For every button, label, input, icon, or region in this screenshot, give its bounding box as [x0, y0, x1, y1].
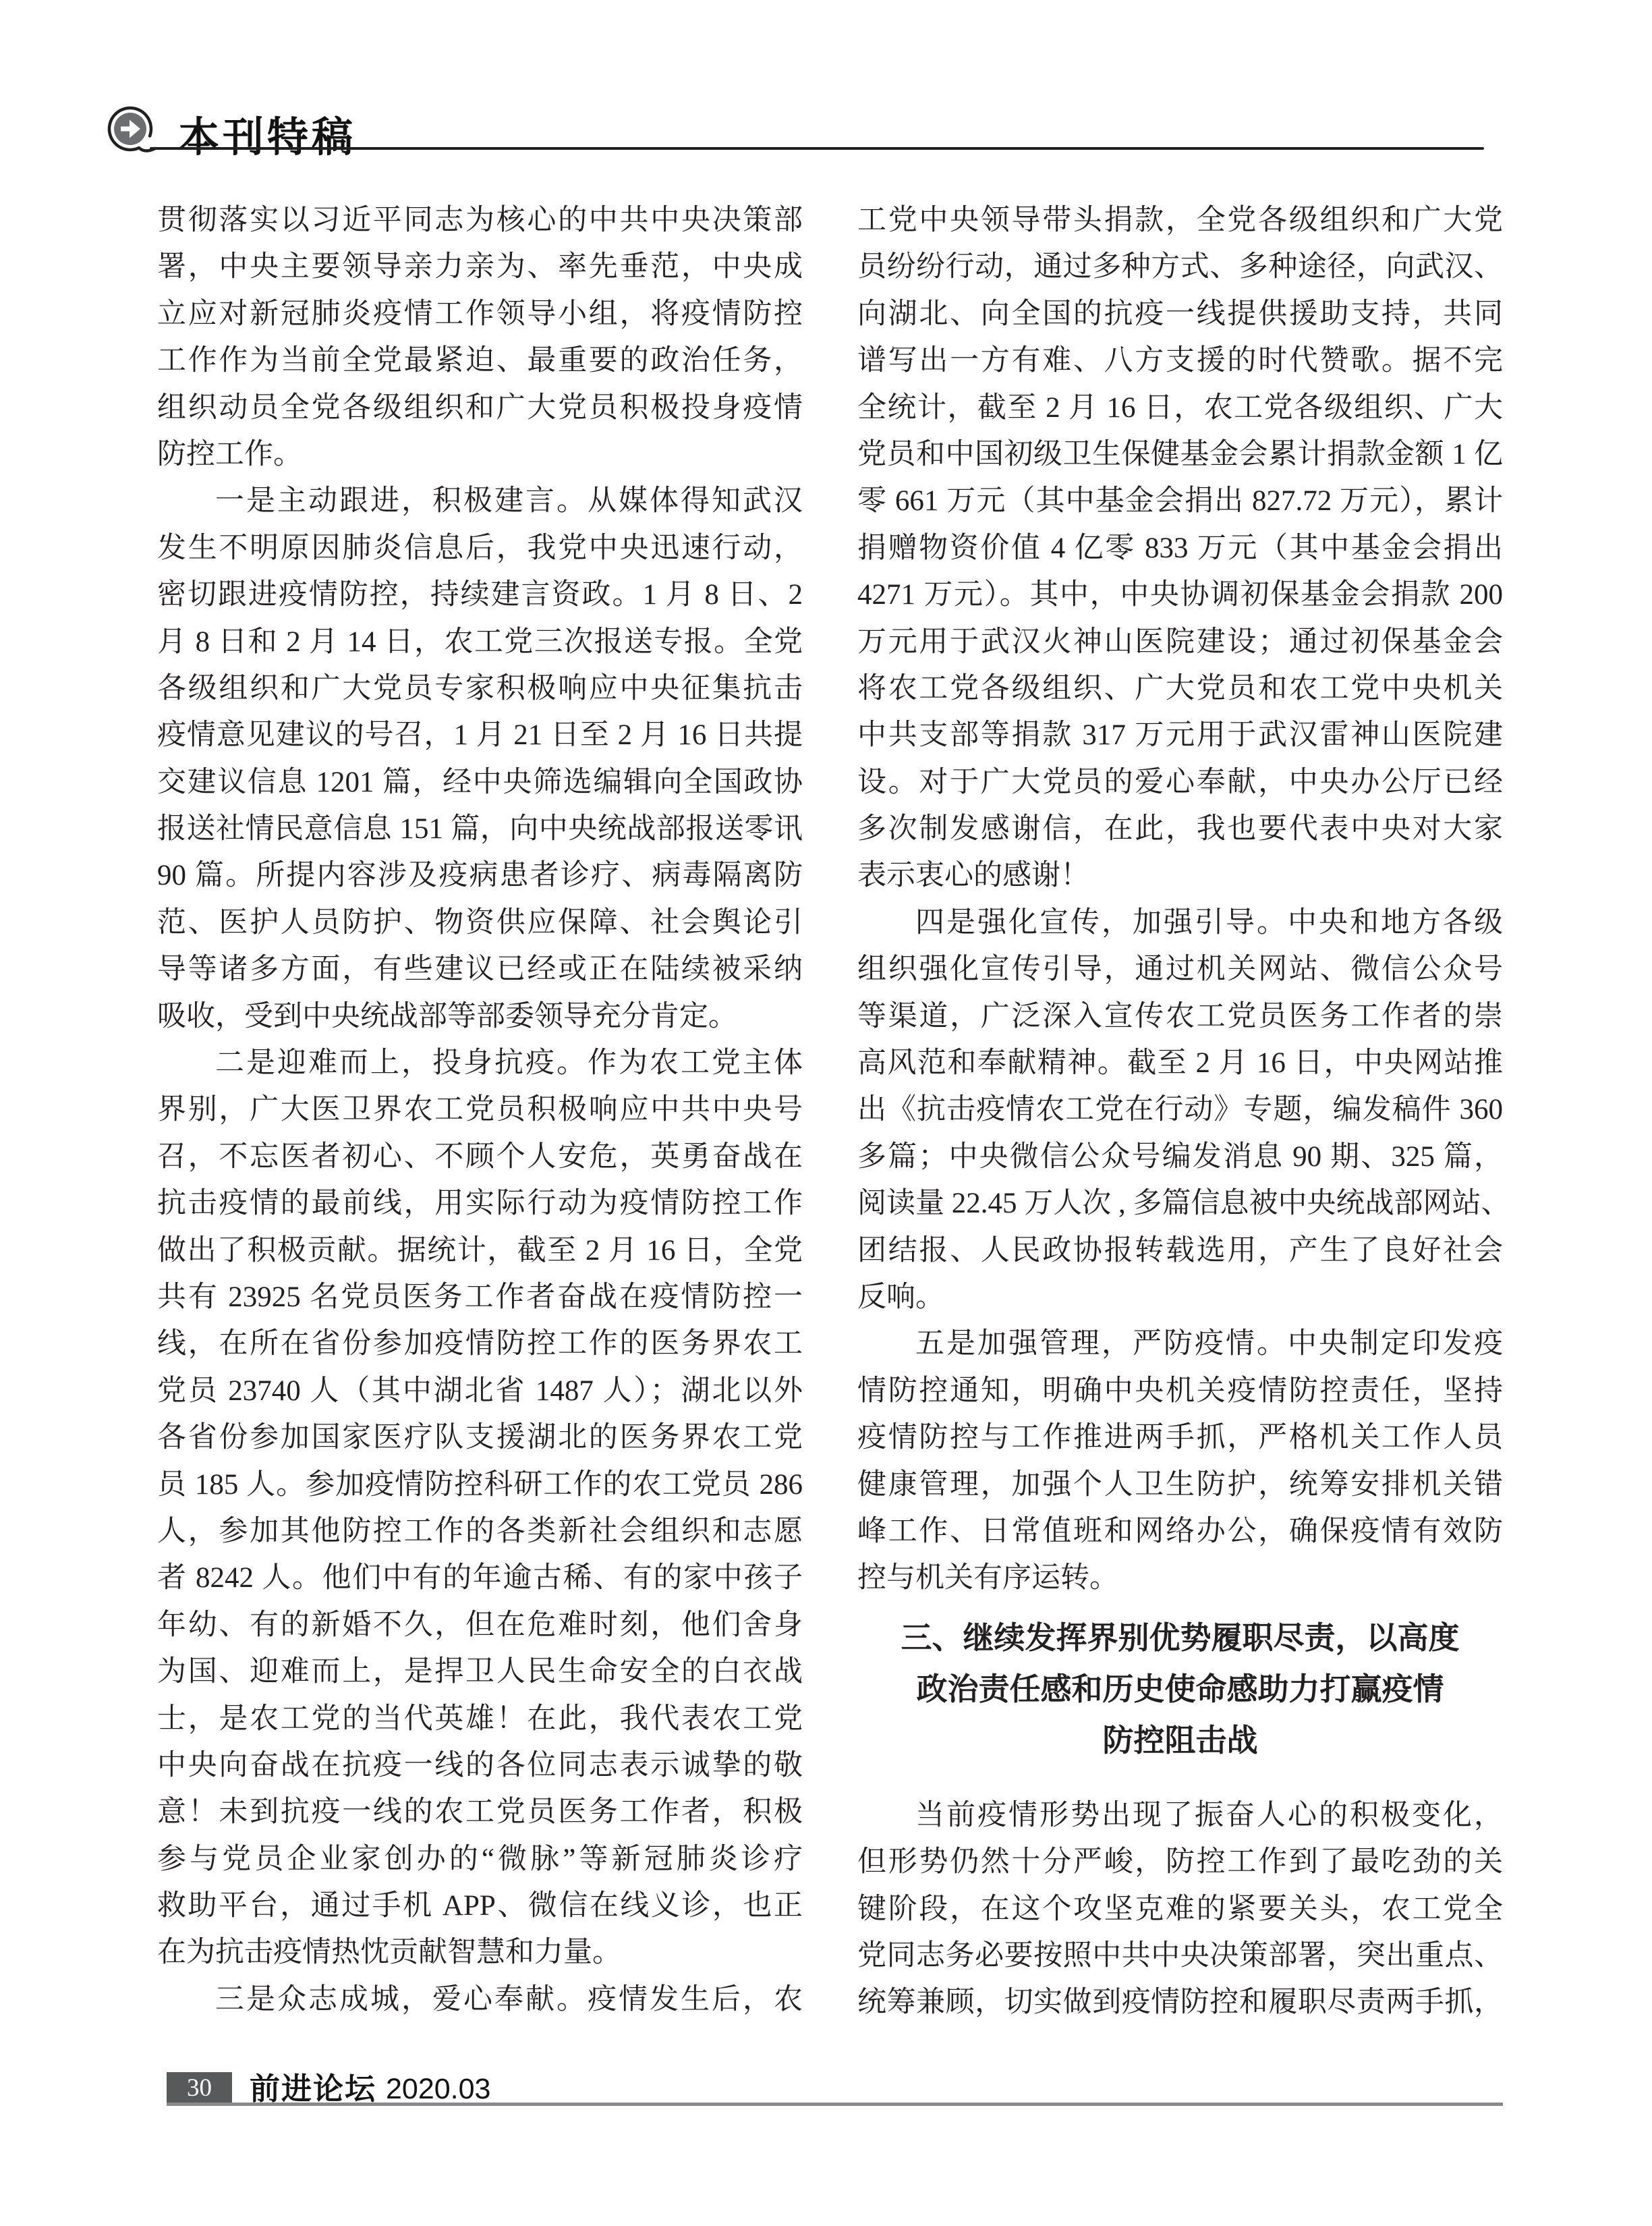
text-line: 范、医护人员防护、物资供应保障、社会舆论引 [157, 899, 803, 946]
text-line: 线，在所在省份参加疫情防控工作的医务界农工 [157, 1320, 803, 1367]
text-line: 贯彻落实以习近平同志为核心的中共中央决策部 [157, 197, 803, 244]
text-line: 全统计，截至 2 月 16 日，农工党各级组织、广大 [857, 385, 1503, 431]
text-line: 90 篇。所提内容涉及疫病患者诊疗、病毒隔离防 [157, 852, 803, 899]
text-line: 党员和中国初级卫生保健基金会累计捐款金额 1 亿 [857, 431, 1503, 478]
text-line: 三是众志成城，爱心奉献。疫情发生后，农 [157, 1976, 803, 2023]
text-line: 出《抗击疫情农工党在行动》专题，编发稿件 360 [857, 1086, 1503, 1133]
text-line: 做出了积极贡献。据统计，截至 2 月 16 日，全党 [157, 1227, 803, 1274]
page-number: 30 [187, 2074, 212, 2103]
text-line: 交建议信息 1201 篇，经中央筛选编辑向全国政协 [157, 759, 803, 806]
text-line: 高风范和奉献精神。截至 2 月 16 日，中央网站推 [857, 1040, 1503, 1086]
section-heading-line: 三、继续发挥界别优势履职尽责，以高度 [857, 1613, 1503, 1664]
text-line: 各级组织和广大党员专家积极响应中央征集抗击 [157, 665, 803, 712]
text-line: 控与机关有序运转。 [857, 1555, 1503, 1601]
text-line: 一是主动跟进，积极建言。从媒体得知武汉 [157, 478, 803, 524]
text-line: 当前疫情形势出现了振奋人心的积极变化， [857, 1792, 1503, 1839]
text-line: 阅读量 22.45 万人次 , 多篇信息被中央统战部网站、 [857, 1180, 1503, 1227]
text-line: 人，参加其他防控工作的各类新社会组织和志愿 [157, 1508, 803, 1555]
text-line: 发生不明原因肺炎信息后，我党中央迅速行动， [157, 525, 803, 572]
text-line: 二是迎难而上，投身抗疫。作为农工党主体 [157, 1040, 803, 1086]
text-line: 五是加强管理，严防疫情。中央制定印发疫 [857, 1320, 1503, 1367]
text-line: 防控工作。 [157, 431, 803, 478]
text-line: 表示衷心的感谢！ [857, 852, 1503, 899]
journal-name: 前进论坛 [250, 2072, 376, 2104]
text-line: 向湖北、向全国的抗疫一线提供援助支持，共同 [857, 291, 1503, 337]
section-heading-line: 防控阻击战 [857, 1715, 1503, 1766]
text-line: 员 185 人。参加疫情防控科研工作的农工党员 286 [157, 1462, 803, 1508]
text-line: 参与党员企业家创办的“微脉”等新冠肺炎诊疗 [157, 1836, 803, 1883]
text-line: 在为抗击疫情热忱贡献智慧和力量。 [157, 1929, 803, 1976]
text-line: 共有 23925 名党员医务工作者奋战在疫情防控一 [157, 1274, 803, 1320]
text-line: 吸收，受到中央统战部等部委领导充分肯定。 [157, 993, 803, 1040]
text-line: 工党中央领导带头捐款，全党各级组织和广大党 [857, 197, 1503, 244]
section-heading-line: 政治责任感和历史使命感助力打赢疫情 [857, 1664, 1503, 1715]
section-label: 本刊特稿 [178, 105, 356, 163]
text-line: 组织动员全党各级组织和广大党员积极投身疫情 [157, 385, 803, 431]
text-line: 密切跟进疫情防控，持续建言资政。1 月 8 日、2 [157, 572, 803, 618]
text-line: 党同志务必要按照中共中央决策部署，突出重点、 [857, 1932, 1503, 1979]
right-column-bottom: 当前疫情形势出现了振奋人心的积极变化，但形势仍然十分严峻，防控工作到了最吃劲的关… [857, 1792, 1503, 2026]
text-line: 情防控通知，明确中央机关疫情防控责任，坚持 [857, 1368, 1503, 1414]
text-line: 健康管理，加强个人卫生防护，统筹安排机关错 [857, 1462, 1503, 1508]
text-line: 士，是农工党的当代英雄！在此，我代表农工党 [157, 1696, 803, 1742]
text-line: 疫情意见建议的号召，1 月 21 日至 2 月 16 日共提 [157, 712, 803, 758]
text-line: 为国、迎难而上，是捍卫人民生命安全的白衣战 [157, 1648, 803, 1695]
text-line: 中央向奋战在抗疫一线的各位同志表示诚挚的敬 [157, 1742, 803, 1789]
text-line: 多篇；中央微信公众号编发消息 90 期、325 篇， [857, 1134, 1503, 1180]
text-line: 设。对于广大党员的爱心奉献，中央办公厅已经 [857, 759, 1503, 806]
text-line: 捐赠物资价值 4 亿零 833 万元（其中基金会捐出 [857, 525, 1503, 572]
text-line: 中共支部等捐款 317 万元用于武汉雷神山医院建 [857, 712, 1503, 758]
text-line: 峰工作、日常值班和网络办公，确保疫情有效防 [857, 1508, 1503, 1555]
left-column: 贯彻落实以习近平同志为核心的中共中央决策部署，中央主要领导亲力亲为、率先垂范，中… [157, 197, 803, 2023]
magazine-page: 本刊特稿 贯彻落实以习近平同志为核心的中共中央决策部署，中央主要领导亲力亲为、率… [0, 0, 1652, 2226]
text-line: 导等诸多方面，有些建议已经或正在陆续被采纳 [157, 946, 803, 993]
text-line: 报送社情民意信息 151 篇，向中央统战部报送零讯 [157, 806, 803, 852]
text-line: 意！未到抗疫一线的农工党员医务工作者，积极 [157, 1789, 803, 1835]
text-line: 年幼、有的新婚不久，但在危难时刻，他们舍身 [157, 1602, 803, 1648]
header-rule [150, 147, 1484, 150]
text-line: 团结报、人民政协报转载选用，产生了良好社会 [857, 1227, 1503, 1274]
text-line: 党员 23740 人（其中湖北省 1487 人）；湖北以外 [157, 1368, 803, 1414]
text-line: 署，中央主要领导亲力亲为、率先垂范，中央成 [157, 244, 803, 290]
section-heading: 三、继续发挥界别优势履职尽责，以高度政治责任感和历史使命感助力打赢疫情防控阻击战 [857, 1613, 1503, 1766]
text-line: 谱写出一方有难、八方支援的时代赞歌。据不完 [857, 337, 1503, 384]
issue-date: 2020.03 [386, 2072, 490, 2104]
text-line: 但形势仍然十分严峻，防控工作到了最吃劲的关 [857, 1839, 1503, 1885]
text-line: 员纷纷行动，通过多种方式、多种途径，向武汉、 [857, 244, 1503, 290]
text-line: 四是强化宣传，加强引导。中央和地方各级 [857, 899, 1503, 946]
text-line: 界别，广大医卫界农工党员积极响应中共中央号 [157, 1086, 803, 1133]
text-line: 万元用于武汉火神山医院建设；通过初保基金会 [857, 619, 1503, 665]
text-line: 者 8242 人。他们中有的年逾古稀、有的家中孩子 [157, 1555, 803, 1601]
text-line: 组织强化宣传引导，通过机关网站、微信公众号 [857, 946, 1503, 993]
right-column: 工党中央领导带头捐款，全党各级组织和广大党员纷纷行动，通过多种方式、多种途径，向… [857, 197, 1503, 2026]
text-line: 召，不忘医者初心、不顾个人安危，英勇奋战在 [157, 1134, 803, 1180]
text-line: 各省份参加国家医疗队支援湖北的医务界农工党 [157, 1414, 803, 1461]
text-line: 工作作为当前全党最紧迫、最重要的政治任务， [157, 337, 803, 384]
text-line: 疫情防控与工作推进两手抓，严格机关工作人员 [857, 1414, 1503, 1461]
footer-rule [167, 2103, 1503, 2106]
text-line: 多次制发感谢信，在此，我也要代表中央对大家 [857, 806, 1503, 852]
text-line: 统筹兼顾，切实做到疫情防控和履职尽责两手抓， [857, 1979, 1503, 2026]
arrow-circle-icon [103, 103, 162, 162]
text-line: 将农工党各级组织、广大党员和农工党中央机关 [857, 665, 1503, 712]
text-line: 零 661 万元（其中基金会捐出 827.72 万元），累计 [857, 478, 1503, 524]
text-line: 4271 万元）。其中，中央协调初保基金会捐款 200 [857, 572, 1503, 618]
text-line: 键阶段，在这个攻坚克难的紧要关头，农工党全 [857, 1886, 1503, 1932]
text-line: 等渠道，广泛深入宣传农工党员医务工作者的崇 [857, 993, 1503, 1040]
page-number-badge: 30 [167, 2072, 232, 2104]
text-line: 救助平台，通过手机 APP、微信在线义诊，也正 [157, 1883, 803, 1929]
text-line: 抗击疫情的最前线，用实际行动为疫情防控工作 [157, 1180, 803, 1227]
text-line: 月 8 日和 2 月 14 日，农工党三次报送专报。全党 [157, 619, 803, 665]
right-column-top: 工党中央领导带头捐款，全党各级组织和广大党员纷纷行动，通过多种方式、多种途径，向… [857, 197, 1503, 1602]
text-line: 立应对新冠肺炎疫情工作领导小组，将疫情防控 [157, 291, 803, 337]
text-line: 反响。 [857, 1274, 1503, 1320]
